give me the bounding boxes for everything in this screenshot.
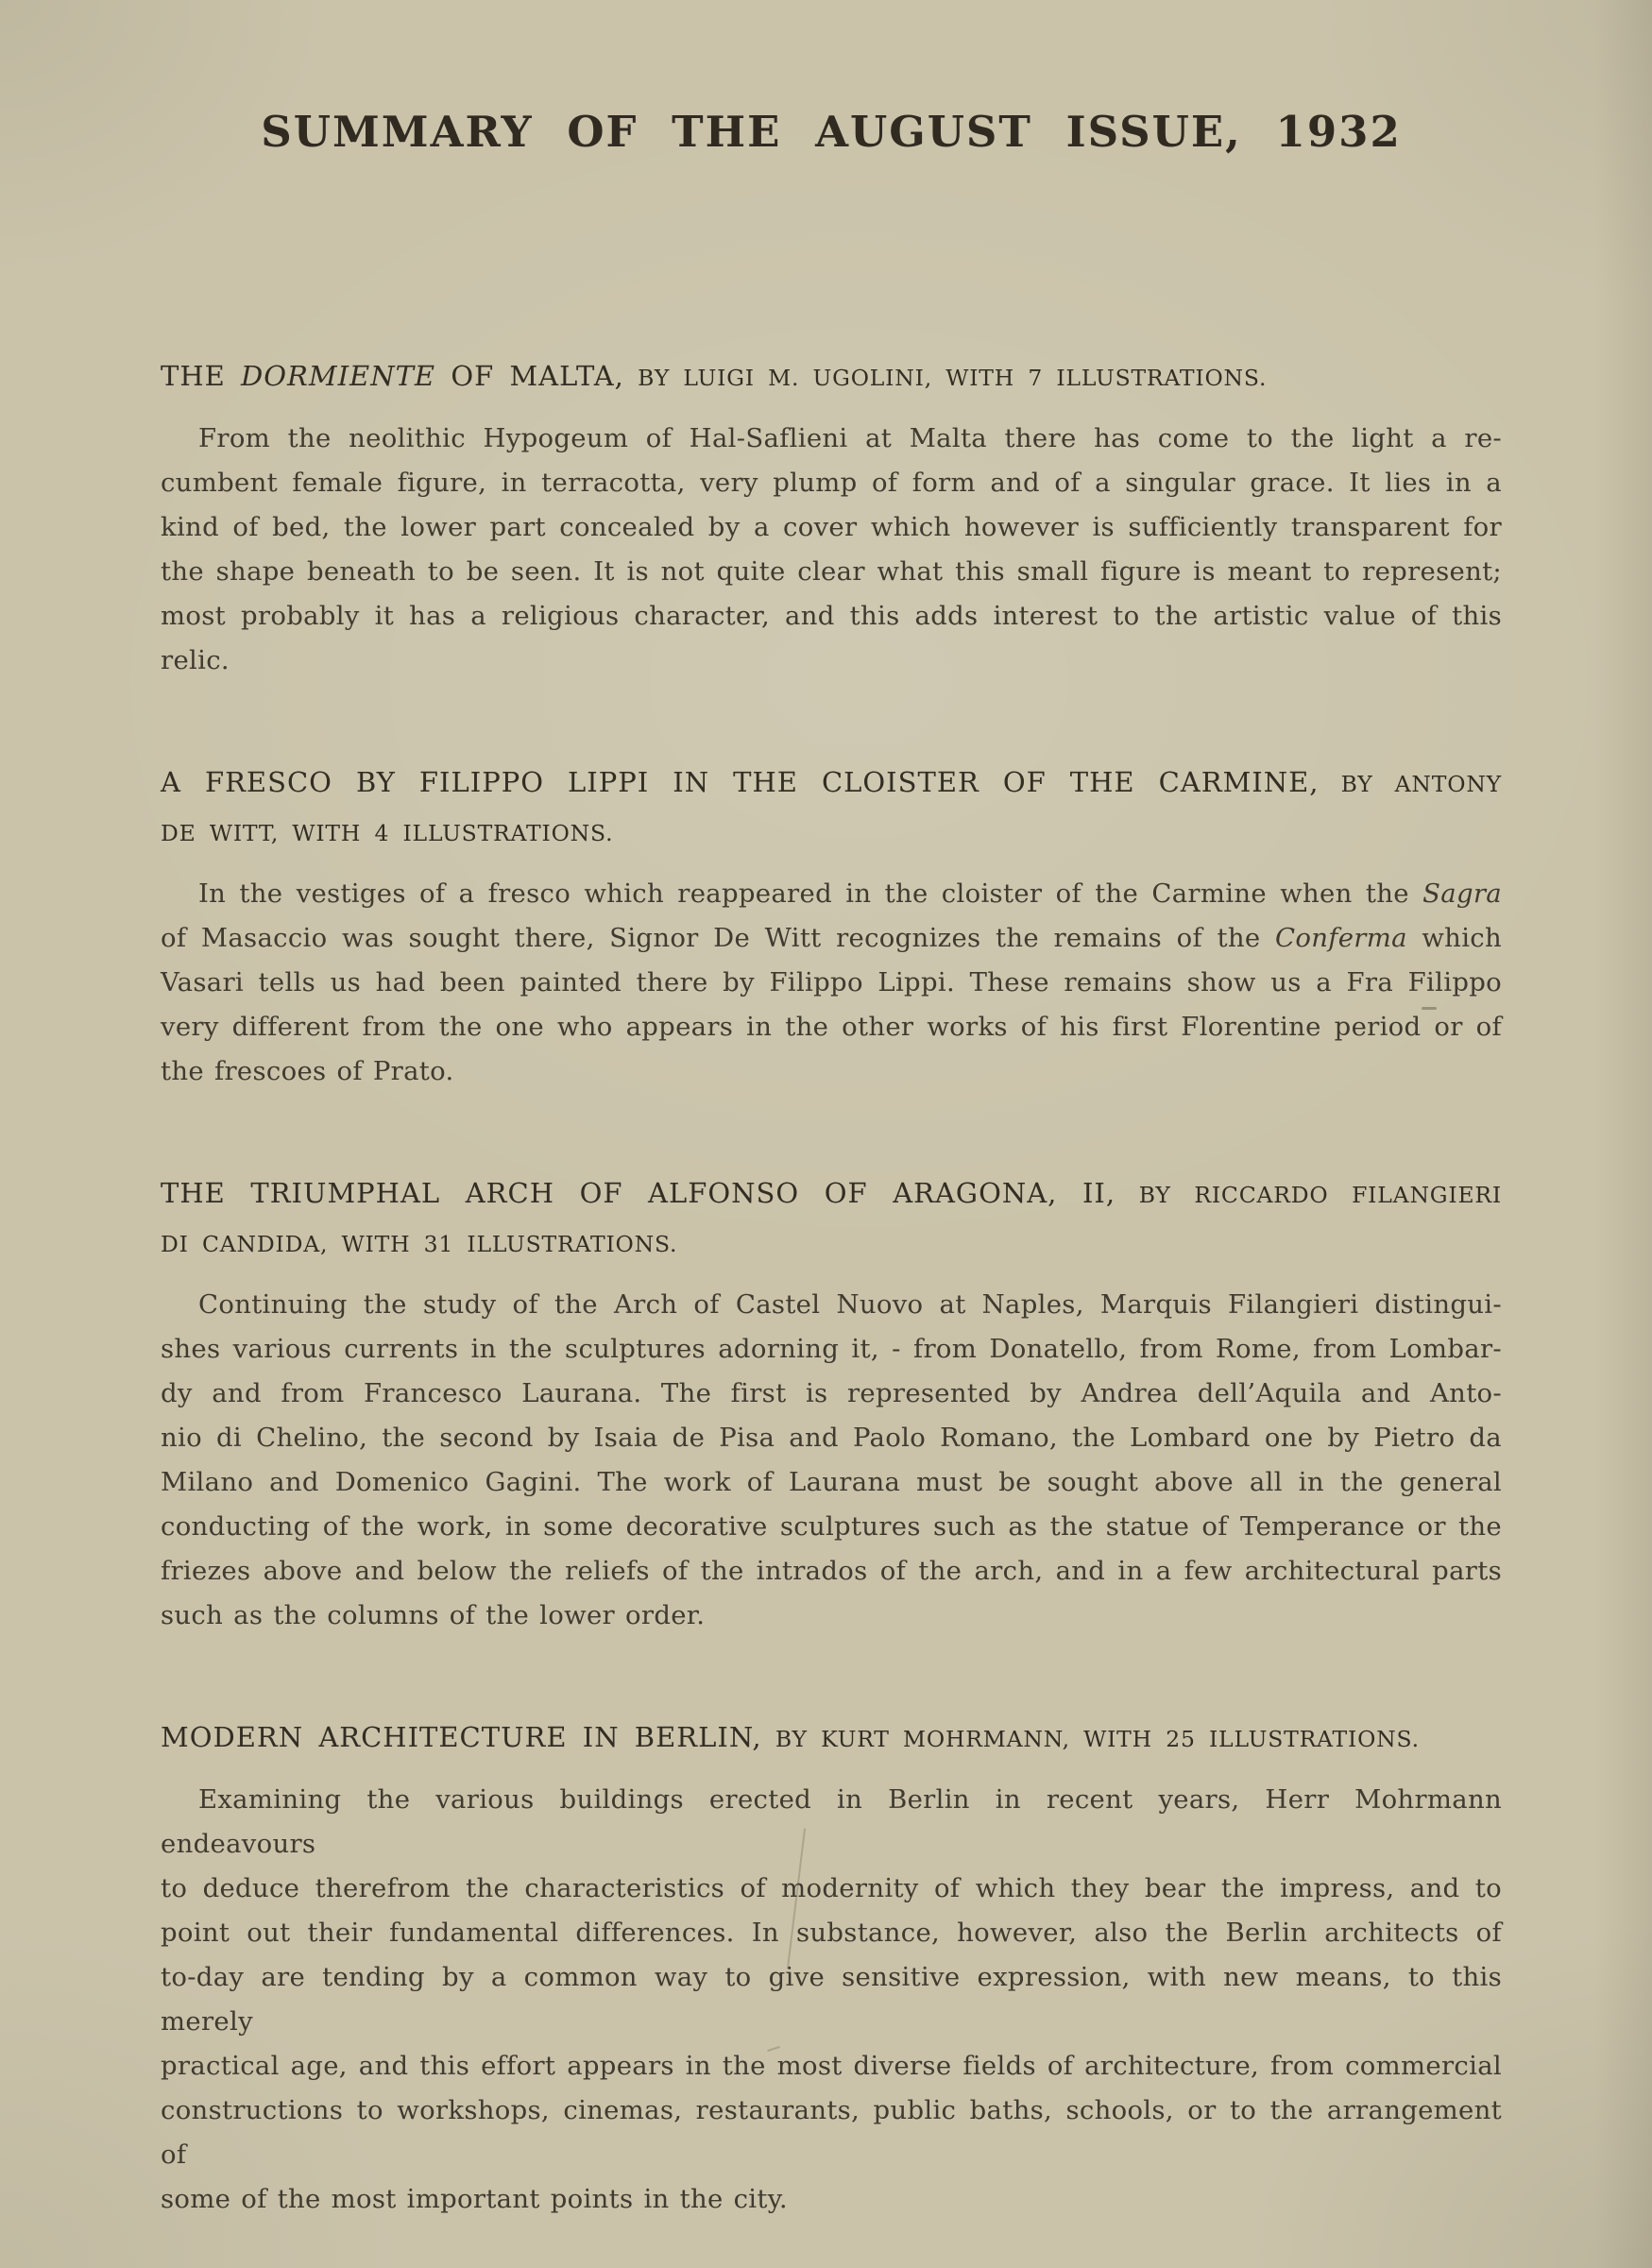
paragraph-line: conducting of the work, in some decorati… [161, 1505, 1502, 1549]
heading-text: MODERN ARCHITECTURE IN BERLIN, [161, 1721, 762, 1753]
body-text: most probably it has a religious charact… [161, 601, 1502, 675]
body-text: the shape beneath to be seen. It is not … [161, 556, 1502, 587]
body-text: Continuing the study of the Arch of Cast… [198, 1289, 1502, 1320]
body-text: some of the most important points in the… [161, 2184, 788, 2214]
paragraph-line: very different from the one who appears … [161, 1005, 1502, 1049]
paragraph-line: Vasari tells us had been painted there b… [161, 961, 1502, 1005]
paragraph-line: some of the most important points in the… [161, 2177, 1502, 2222]
summary-paragraph: From the neolithic Hypogeum of Hal-Safli… [161, 417, 1502, 683]
paragraph-line: From the neolithic Hypogeum of Hal-Safli… [161, 417, 1502, 461]
article-summary: MODERN ARCHITECTURE IN BERLIN, BY KURT M… [161, 1714, 1502, 2222]
body-text: From the neolithic Hypogeum of Hal-Safli… [198, 423, 1502, 453]
heading-text: A FRESCO BY FILIPPO LIPPI IN THE CLOISTE… [161, 766, 1320, 798]
paragraph-line: In the vestiges of a fresco which reappe… [161, 872, 1502, 916]
body-text: which [1407, 923, 1502, 953]
italic-text: Conferma [1275, 923, 1407, 953]
article-summary: THE TRIUMPHAL ARCH OF ALFONSO OF ARAGONA… [161, 1169, 1502, 1638]
byline-text: BY RICCARDO FILANGIERI [1116, 1182, 1502, 1208]
paragraph-line: to-day are tending by a common way to gi… [161, 1955, 1502, 2044]
byline-text: BY KURT MOHRMANN, WITH 25 ILLUSTRATIONS. [762, 1726, 1420, 1752]
body-text: conducting of the work, in some decorati… [161, 1511, 1502, 1542]
summary-paragraph: Continuing the study of the Arch of Cast… [161, 1283, 1502, 1638]
heading-line: MODERN ARCHITECTURE IN BERLIN, BY KURT M… [161, 1714, 1502, 1763]
heading-line: THE DORMIENTE OF MALTA, BY LUIGI M. UGOL… [161, 352, 1502, 401]
paragraph-line: Continuing the study of the Arch of Cast… [161, 1283, 1502, 1327]
body-text: cumbent female figure, in terracotta, ve… [161, 468, 1502, 498]
paragraph-line: most probably it has a religious charact… [161, 594, 1502, 683]
body-text: nio di Chelino, the second by Isaia de P… [161, 1423, 1502, 1453]
paragraph-line: Examining the various buildings erected … [161, 1778, 1502, 1867]
section-heading: THE DORMIENTE OF MALTA, BY LUIGI M. UGOL… [161, 352, 1502, 401]
paragraph-line: such as the columns of the lower order. [161, 1594, 1502, 1638]
body-text: Vasari tells us had been painted there b… [161, 967, 1502, 998]
paragraph-line: kind of bed, the lower part concealed by… [161, 505, 1502, 550]
body-text: shes various currents in the sculptures … [161, 1334, 1502, 1364]
body-text: Examining the various buildings erected … [161, 1784, 1502, 1859]
paragraph-line: constructions to workshops, cinemas, res… [161, 2089, 1502, 2177]
heading-line: A FRESCO BY FILIPPO LIPPI IN THE CLOISTE… [161, 759, 1502, 808]
italic-text: Sagra [1422, 878, 1502, 909]
body-text: such as the columns of the lower order. [161, 1600, 705, 1630]
paragraph-line: point out their fundamental differences.… [161, 1911, 1502, 1955]
body-text: very different from the one who appears … [161, 1012, 1502, 1042]
section-heading: A FRESCO BY FILIPPO LIPPI IN THE CLOISTE… [161, 759, 1502, 857]
summary-paragraph: In the vestiges of a fresco which reappe… [161, 872, 1502, 1094]
byline-text: DI CANDIDA, WITH 31 ILLUSTRATIONS. [161, 1231, 677, 1257]
summary-paragraph: Examining the various buildings erected … [161, 1778, 1502, 2222]
byline-text: BY LUIGI M. UGOLINI, WITH 7 ILLUSTRATION… [624, 365, 1267, 391]
heading-text: OF MALTA, [435, 360, 624, 392]
article-summary: A FRESCO BY FILIPPO LIPPI IN THE CLOISTE… [161, 759, 1502, 1094]
body-text: In the vestiges of a fresco which reappe… [198, 878, 1422, 909]
paragraph-line: of Masaccio was sought there, Signor De … [161, 916, 1502, 961]
sections: THE DORMIENTE OF MALTA, BY LUIGI M. UGOL… [161, 352, 1502, 2222]
paragraph-line: shes various currents in the sculptures … [161, 1327, 1502, 1372]
heading-text: THE TRIUMPHAL ARCH OF ALFONSO OF ARAGONA… [161, 1177, 1116, 1209]
paragraph-line: nio di Chelino, the second by Isaia de P… [161, 1416, 1502, 1460]
body-text: Milano and Domenico Gagini. The work of … [161, 1467, 1502, 1497]
body-text: the frescoes of Prato. [161, 1056, 454, 1086]
heading-line: THE TRIUMPHAL ARCH OF ALFONSO OF ARAGONA… [161, 1169, 1502, 1219]
paragraph-line: the shape beneath to be seen. It is not … [161, 550, 1502, 594]
heading-text: THE [161, 360, 241, 392]
paragraph-line: practical age, and this effort appears i… [161, 2044, 1502, 2089]
body-text: kind of bed, the lower part concealed by… [161, 512, 1502, 542]
section-heading: MODERN ARCHITECTURE IN BERLIN, BY KURT M… [161, 1714, 1502, 1763]
byline-text: BY ANTONY [1320, 771, 1502, 797]
page-title: SUMMARY OF THE AUGUST ISSUE, 1932 [161, 106, 1502, 159]
body-text: to deduce therefrom the characteristics … [161, 1873, 1502, 1903]
heading-line: DI CANDIDA, WITH 31 ILLUSTRATIONS. [161, 1219, 1502, 1268]
body-text: to-day are tending by a common way to gi… [161, 1962, 1502, 2037]
byline-text: DE WITT, WITH 4 ILLUSTRATIONS. [161, 820, 613, 846]
article-summary: THE DORMIENTE OF MALTA, BY LUIGI M. UGOL… [161, 352, 1502, 683]
body-text: constructions to workshops, cinemas, res… [161, 2095, 1502, 2170]
paragraph-line: the frescoes of Prato. [161, 1049, 1502, 1094]
italic-text: DORMIENTE [241, 360, 435, 392]
paragraph-line: cumbent female figure, in terracotta, ve… [161, 461, 1502, 505]
paragraph-line: Milano and Domenico Gagini. The work of … [161, 1460, 1502, 1505]
body-text: point out their fundamental differences.… [161, 1918, 1502, 1948]
heading-line: DE WITT, WITH 4 ILLUSTRATIONS. [161, 808, 1502, 857]
document-page: SUMMARY OF THE AUGUST ISSUE, 1932 THE DO… [161, 0, 1502, 2222]
body-text: friezes above and below the reliefs of t… [161, 1556, 1502, 1586]
paragraph-line: to deduce therefrom the characteristics … [161, 1867, 1502, 1911]
section-heading: THE TRIUMPHAL ARCH OF ALFONSO OF ARAGONA… [161, 1169, 1502, 1268]
paragraph-line: friezes above and below the reliefs of t… [161, 1549, 1502, 1594]
body-text: dy and from Francesco Laurana. The first… [161, 1378, 1502, 1408]
paragraph-line: dy and from Francesco Laurana. The first… [161, 1372, 1502, 1416]
body-text: of Masaccio was sought there, Signor De … [161, 923, 1275, 953]
body-text: practical age, and this effort appears i… [161, 2051, 1502, 2081]
